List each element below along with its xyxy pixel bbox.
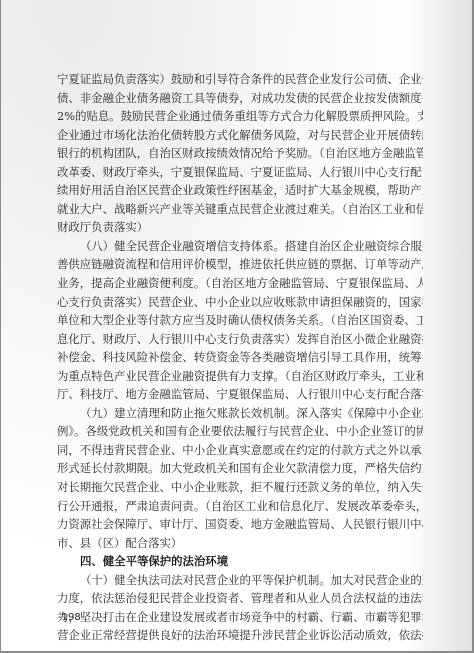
paragraph-10-start: （十）健全执法司法对民营企业的平等保护机制。加大对民营企业的刑事保护 — [57, 571, 423, 590]
text-line: 力资源社会保障厅、审计厅、国资委、地方金融监管局、人民银行银川中心支行，各 — [57, 515, 423, 534]
section-heading: 四、健全平等保护的法治环境 — [57, 552, 423, 571]
text-line: 息化厅、财政厅、人行银川中心支行负责落实）发挥自治区小微企业融资担保风险 — [57, 330, 423, 349]
page-number: -198- — [58, 612, 84, 623]
text-line: 财政厅负责落实） — [57, 218, 423, 237]
text-line: 善供应链融资流程和信用评价模型，推进依托供应链的票据、订单等动产质押融资 — [57, 255, 423, 274]
text-line: 企业通过市场化法治化债转股方式化解债务风险，对与民营企业开展债转股合作 — [57, 126, 423, 145]
text-line: 业务，提高企业融资便利度。（自治区地方金融监管局、宁夏银保监局、人行银川中 — [57, 274, 423, 293]
text-line: 营企业正常经营提供良好的法治环境提升涉民营企业诉讼活动质效，依法推进繁 — [57, 626, 423, 645]
text-line: 就业大户、战略新兴产业等关键重点民营企业渡过难关。（自治区工业和信息化厅、 — [57, 200, 423, 219]
text-line: 例》。各级党政机关和国有企业要依法履行与民营企业、中小企业签订的协议和合 — [57, 422, 423, 441]
text-line: 心支行负责落实）民营企业、中小企业以应收账款申请担保融资的，国家机关、事业 — [57, 293, 423, 312]
text-line: 市、县（区）配合落实） — [57, 534, 423, 553]
text-line: 宁夏证监局负责落实）鼓励和引导符合条件的民营企业发行公司债、企业债、集合 — [57, 70, 423, 89]
document-body: 宁夏证监局负责落实）鼓励和引导符合条件的民营企业发行公司债、企业债、集合 债、非… — [57, 70, 423, 645]
text-line: 单位和大型企业等付款方应当及时确认债权债务关系。（自治区国资委、工业和信 — [57, 311, 423, 330]
text-line: 对长期拖欠民营企业、中小企业账款，拒不履行还款义务的单位，纳入失信记录，进 — [57, 478, 423, 497]
text-line: 债、非金融企业债务融资工具等债券，对成功发债的民营企业按发债额度每年给予 — [57, 89, 423, 108]
text-line: 厅、科技厅、地方金融监管局、宁夏银保监局、人行银川中心支行配合落实） — [57, 385, 423, 404]
text-line: 同，不得违背民营企业、中小企业真实意愿或在约定的付款方式之外以承兑汇票等 — [57, 441, 423, 460]
paragraph-8-start: （八）健全民营企业融资增信支持体系。搭建自治区企业融资综合服务平台，完 — [57, 237, 423, 256]
text-line: 为，坚决打击在企业建设发展或者市场竞争中的村霸、行霸、市霸等犯罪活动，为民 — [57, 608, 423, 627]
text-line: 续用好用活自治区民营企业政策性纾困基金，适时扩大基金规模，帮助产业龙头、 — [57, 181, 423, 200]
document-page: 宁夏证监局负责落实）鼓励和引导符合条件的民营企业发行公司债、企业债、集合 债、非… — [1, 0, 472, 651]
text-line: 行公开通报，严肃追责问责。（自治区工业和信息化厅、发展改革委牵头，财政厅、人 — [57, 497, 423, 516]
paragraph-9-start: （九）建立清理和防止拖欠账款长效机制。深入落实《保障中小企业款项支付条 — [57, 404, 423, 423]
text-line: 银行的机构团队，自治区财政按绩效情况给予奖励。（自治区地方金融监管局、发展 — [57, 144, 423, 163]
text-line: 为重点特色产业民营企业融资提供有力支撑。（自治区财政厅牵头，工业和信息化 — [57, 367, 423, 386]
text-line: 力度，依法惩治侵犯民营企业投资者、管理者和从业人员合法权益的违法犯罪行 — [57, 589, 423, 608]
text-line: 补偿金、科技风险补偿金、转贷资金等各类融资增信引导工具作用，统筹各类基金， — [57, 348, 423, 367]
text-line: 2%的贴息。鼓励民营企业通过债务重组等方式合力化解股票质押风险。支持民营 — [57, 107, 423, 126]
text-line: 形式延长付款期限。加大党政机关和国有企业欠款清偿力度，严格失信约束机制， — [57, 459, 423, 478]
text-line: 改革委、财政厅牵头，宁夏银保监局、宁夏证监局、人行银川中心支行配合落实）持 — [57, 163, 423, 182]
